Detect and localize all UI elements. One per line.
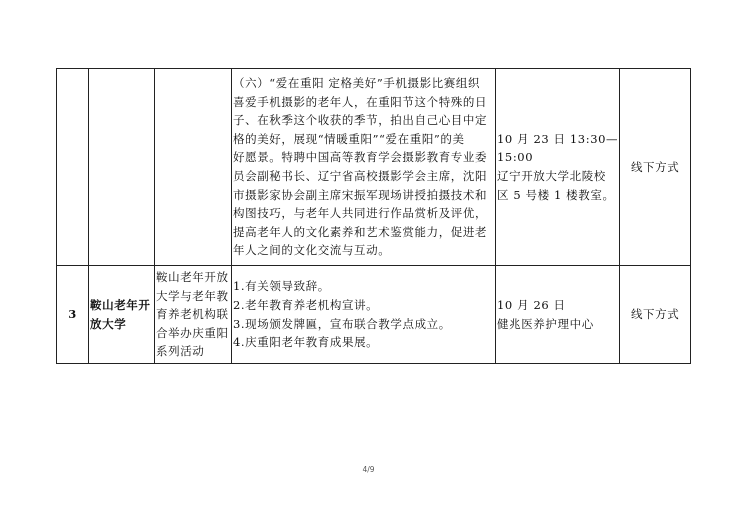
content-line: 1.有关领导致辞。: [233, 277, 494, 296]
content-line: 4.庆重阳老年教育成果展。: [233, 333, 494, 352]
content-line: 2.老年教育养老机构宣讲。: [233, 296, 494, 315]
location-line: 健兆医养护理中心: [497, 315, 618, 334]
mode-cell: 线下方式: [620, 69, 691, 266]
location-line: 辽宁开放大学北陵校: [497, 167, 618, 186]
time-line: 15:00: [497, 148, 618, 167]
content-line: 员会副秘书长、辽宁省高校摄影学会主席，沈阳: [233, 167, 494, 186]
content-line: 构图技巧，与老年人共同进行作品赏析及评优，: [233, 204, 494, 223]
row-number-cell: [57, 69, 89, 266]
document-page: （六）“爱在重阳 定格美好”手机摄影比赛组织 喜爱手机摄影的老年人，在重阳节这个…: [0, 0, 737, 523]
content-line: 提高老年人的文化素养和艺术鉴赏能力，促进老: [233, 223, 494, 242]
content-line: 年人之间的文化交流与互动。: [233, 241, 494, 260]
organizer-cell: [89, 69, 155, 266]
page-indicator: 4/9: [0, 465, 737, 474]
activity-schedule-table: （六）“爱在重阳 定格美好”手机摄影比赛组织 喜爱手机摄影的老年人，在重阳节这个…: [56, 68, 691, 364]
time-line: 10 月 23 日 13:30—: [497, 130, 618, 149]
content-line: 3.现场颁发牌匾，宣布联合教学点成立。: [233, 315, 494, 334]
activity-content-cell: （六）“爱在重阳 定格美好”手机摄影比赛组织 喜爱手机摄影的老年人，在重阳节这个…: [232, 69, 496, 266]
content-line: 格的美好，展现“情暖重阳”“爱在重阳”的美: [233, 130, 494, 149]
time-line: 10 月 26 日: [497, 296, 618, 315]
table-row: （六）“爱在重阳 定格美好”手机摄影比赛组织 喜爱手机摄影的老年人，在重阳节这个…: [57, 69, 691, 266]
content-line: 子、在秋季这个收获的季节，拍出自己心目中定: [233, 111, 494, 130]
organizer-cell: 鞍山老年开放大学: [89, 266, 155, 364]
content-line: 好愿景。特聘中国高等教育学会摄影教育专业委: [233, 148, 494, 167]
mode-cell: 线下方式: [620, 266, 691, 364]
time-location-cell: 10 月 23 日 13:30— 15:00 辽宁开放大学北陵校 区 5 号楼 …: [496, 69, 620, 266]
time-location-cell: 10 月 26 日 健兆医养护理中心: [496, 266, 620, 364]
content-line: （六）“爱在重阳 定格美好”手机摄影比赛组织: [233, 74, 494, 93]
content-line: 市摄影家协会副主席宋振军现场讲授拍摄技术和: [233, 186, 494, 205]
location-line: 区 5 号楼 1 楼教室。: [497, 186, 618, 205]
table-row: 3 鞍山老年开放大学 鞍山老年开放大学与老年教育养老机构联合举办庆重阳系列活动 …: [57, 266, 691, 364]
content-line: 喜爱手机摄影的老年人，在重阳节这个特殊的日: [233, 93, 494, 112]
row-number-cell: 3: [57, 266, 89, 364]
activity-content-cell: 1.有关领导致辞。 2.老年教育养老机构宣讲。 3.现场颁发牌匾，宣布联合教学点…: [232, 266, 496, 364]
activity-title-cell: 鞍山老年开放大学与老年教育养老机构联合举办庆重阳系列活动: [155, 266, 232, 364]
activity-title-cell: [155, 69, 232, 266]
